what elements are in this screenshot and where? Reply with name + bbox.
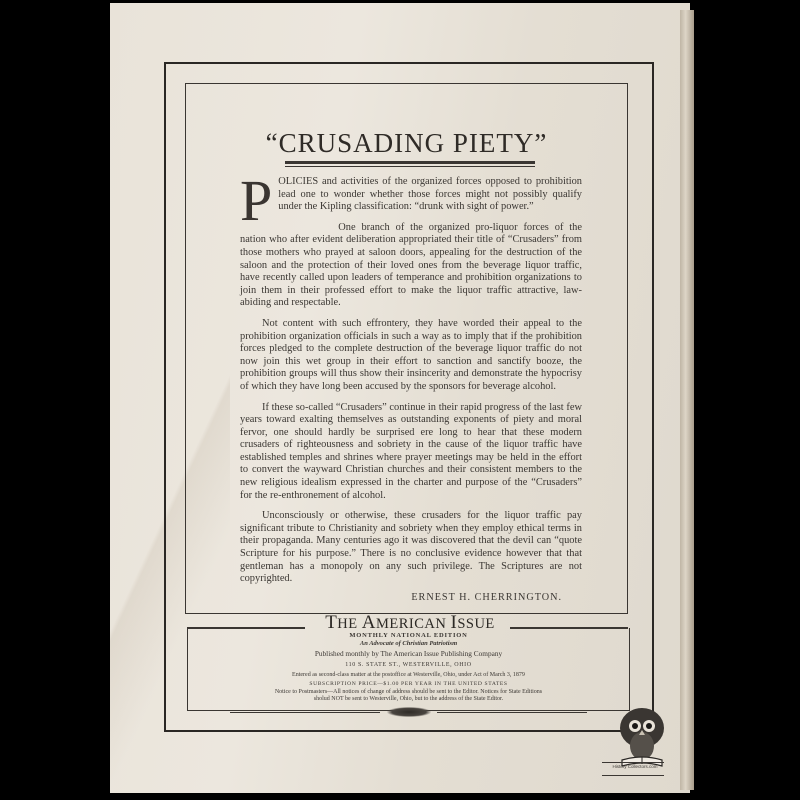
title-underline [285,161,535,164]
masthead-address: 110 S. STATE ST., WESTERVILLE, OHIO [187,662,630,668]
page-edge [680,10,694,790]
author-signature: ERNEST H. CHERRINGTON. [240,592,582,605]
paragraph-5: Unconsciously or otherwise, these crusad… [240,510,582,586]
paragraph-2: One branch of the organized pro-liquor f… [240,222,582,310]
masthead-edition: MONTHLY NATIONAL EDITION [187,632,630,639]
watermark-rule-bottom [602,775,664,776]
masthead-subscription: SUBSCRIPTION PRICE—$1.00 PER YEAR IN THE… [187,681,630,687]
ornament-rule-left [230,712,380,713]
drop-cap: P [240,179,272,223]
masthead-publisher: Published monthly by The American Issue … [187,649,630,658]
article-title: “CRUSADING PIETY” [185,128,628,159]
masthead-entered: Entered as second-class matter at the po… [187,672,630,678]
article-body: POLICIES and activities of the organized… [240,176,582,604]
masthead-title: THE AMERICAN ISSUE [290,612,530,634]
title-underline-thin [285,166,535,167]
ornament-rule-right [437,712,587,713]
paragraph-3: Not content with such effrontery, they h… [240,318,582,394]
masthead-tagline: An Advocate of Christian Patriotism [187,640,630,647]
watermark-text: History Collectors.com [600,764,670,769]
paragraph-1: POLICIES and activities of the organized… [240,176,582,214]
printer-ornament-icon [387,707,431,717]
paragraph-4: If these so-called “Crusaders” continue … [240,402,582,503]
watermark-rule-top [602,762,664,763]
masthead-notice: Notice to Postmasters—All notices of cha… [187,689,630,703]
